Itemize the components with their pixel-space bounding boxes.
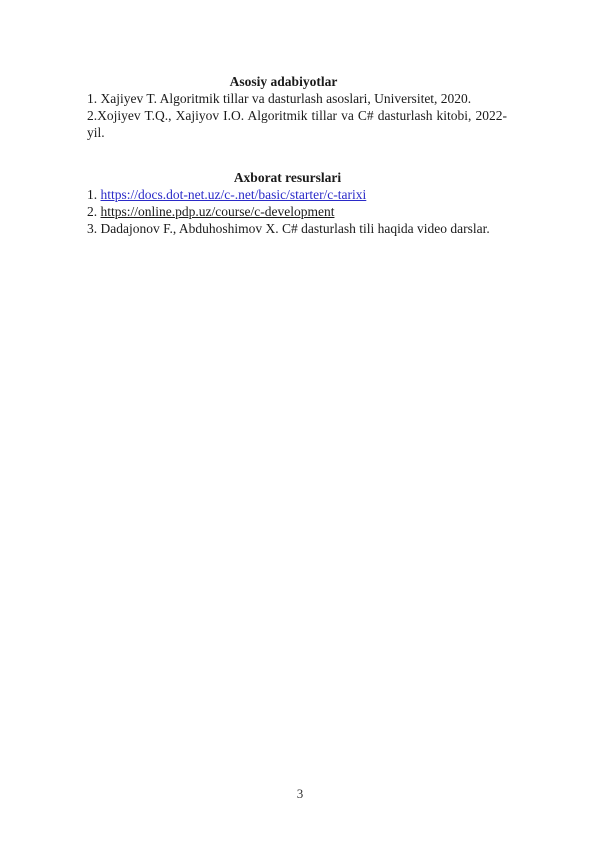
info-resources-heading: Axborat resurslari [87, 169, 488, 186]
literature-item-1: 1. Xajiyev T. Algoritmik tillar va dastu… [87, 90, 507, 107]
resource-item-3: 3. Dadajonov F., Abduhoshimov X. C# dast… [87, 220, 507, 237]
resource-item-2: 2. https://online.pdp.uz/course/c-develo… [87, 203, 507, 220]
main-literature-heading: Asosiy adabiyotlar [87, 73, 480, 90]
resource-item-1-number: 1. [87, 187, 101, 202]
resource-item-2-number: 2. [87, 204, 101, 219]
resource-item-1: 1. https://docs.dot-net.uz/c-.net/basic/… [87, 186, 507, 203]
literature-item-2: 2.Xojiyev T.Q., Xajiyov I.O. Algoritmik … [87, 107, 507, 141]
resource-link-2[interactable]: https://online.pdp.uz/course/c-developme… [101, 204, 335, 219]
resource-link-1[interactable]: https://docs.dot-net.uz/c-.net/basic/sta… [101, 187, 367, 202]
page-number: 3 [0, 786, 600, 802]
